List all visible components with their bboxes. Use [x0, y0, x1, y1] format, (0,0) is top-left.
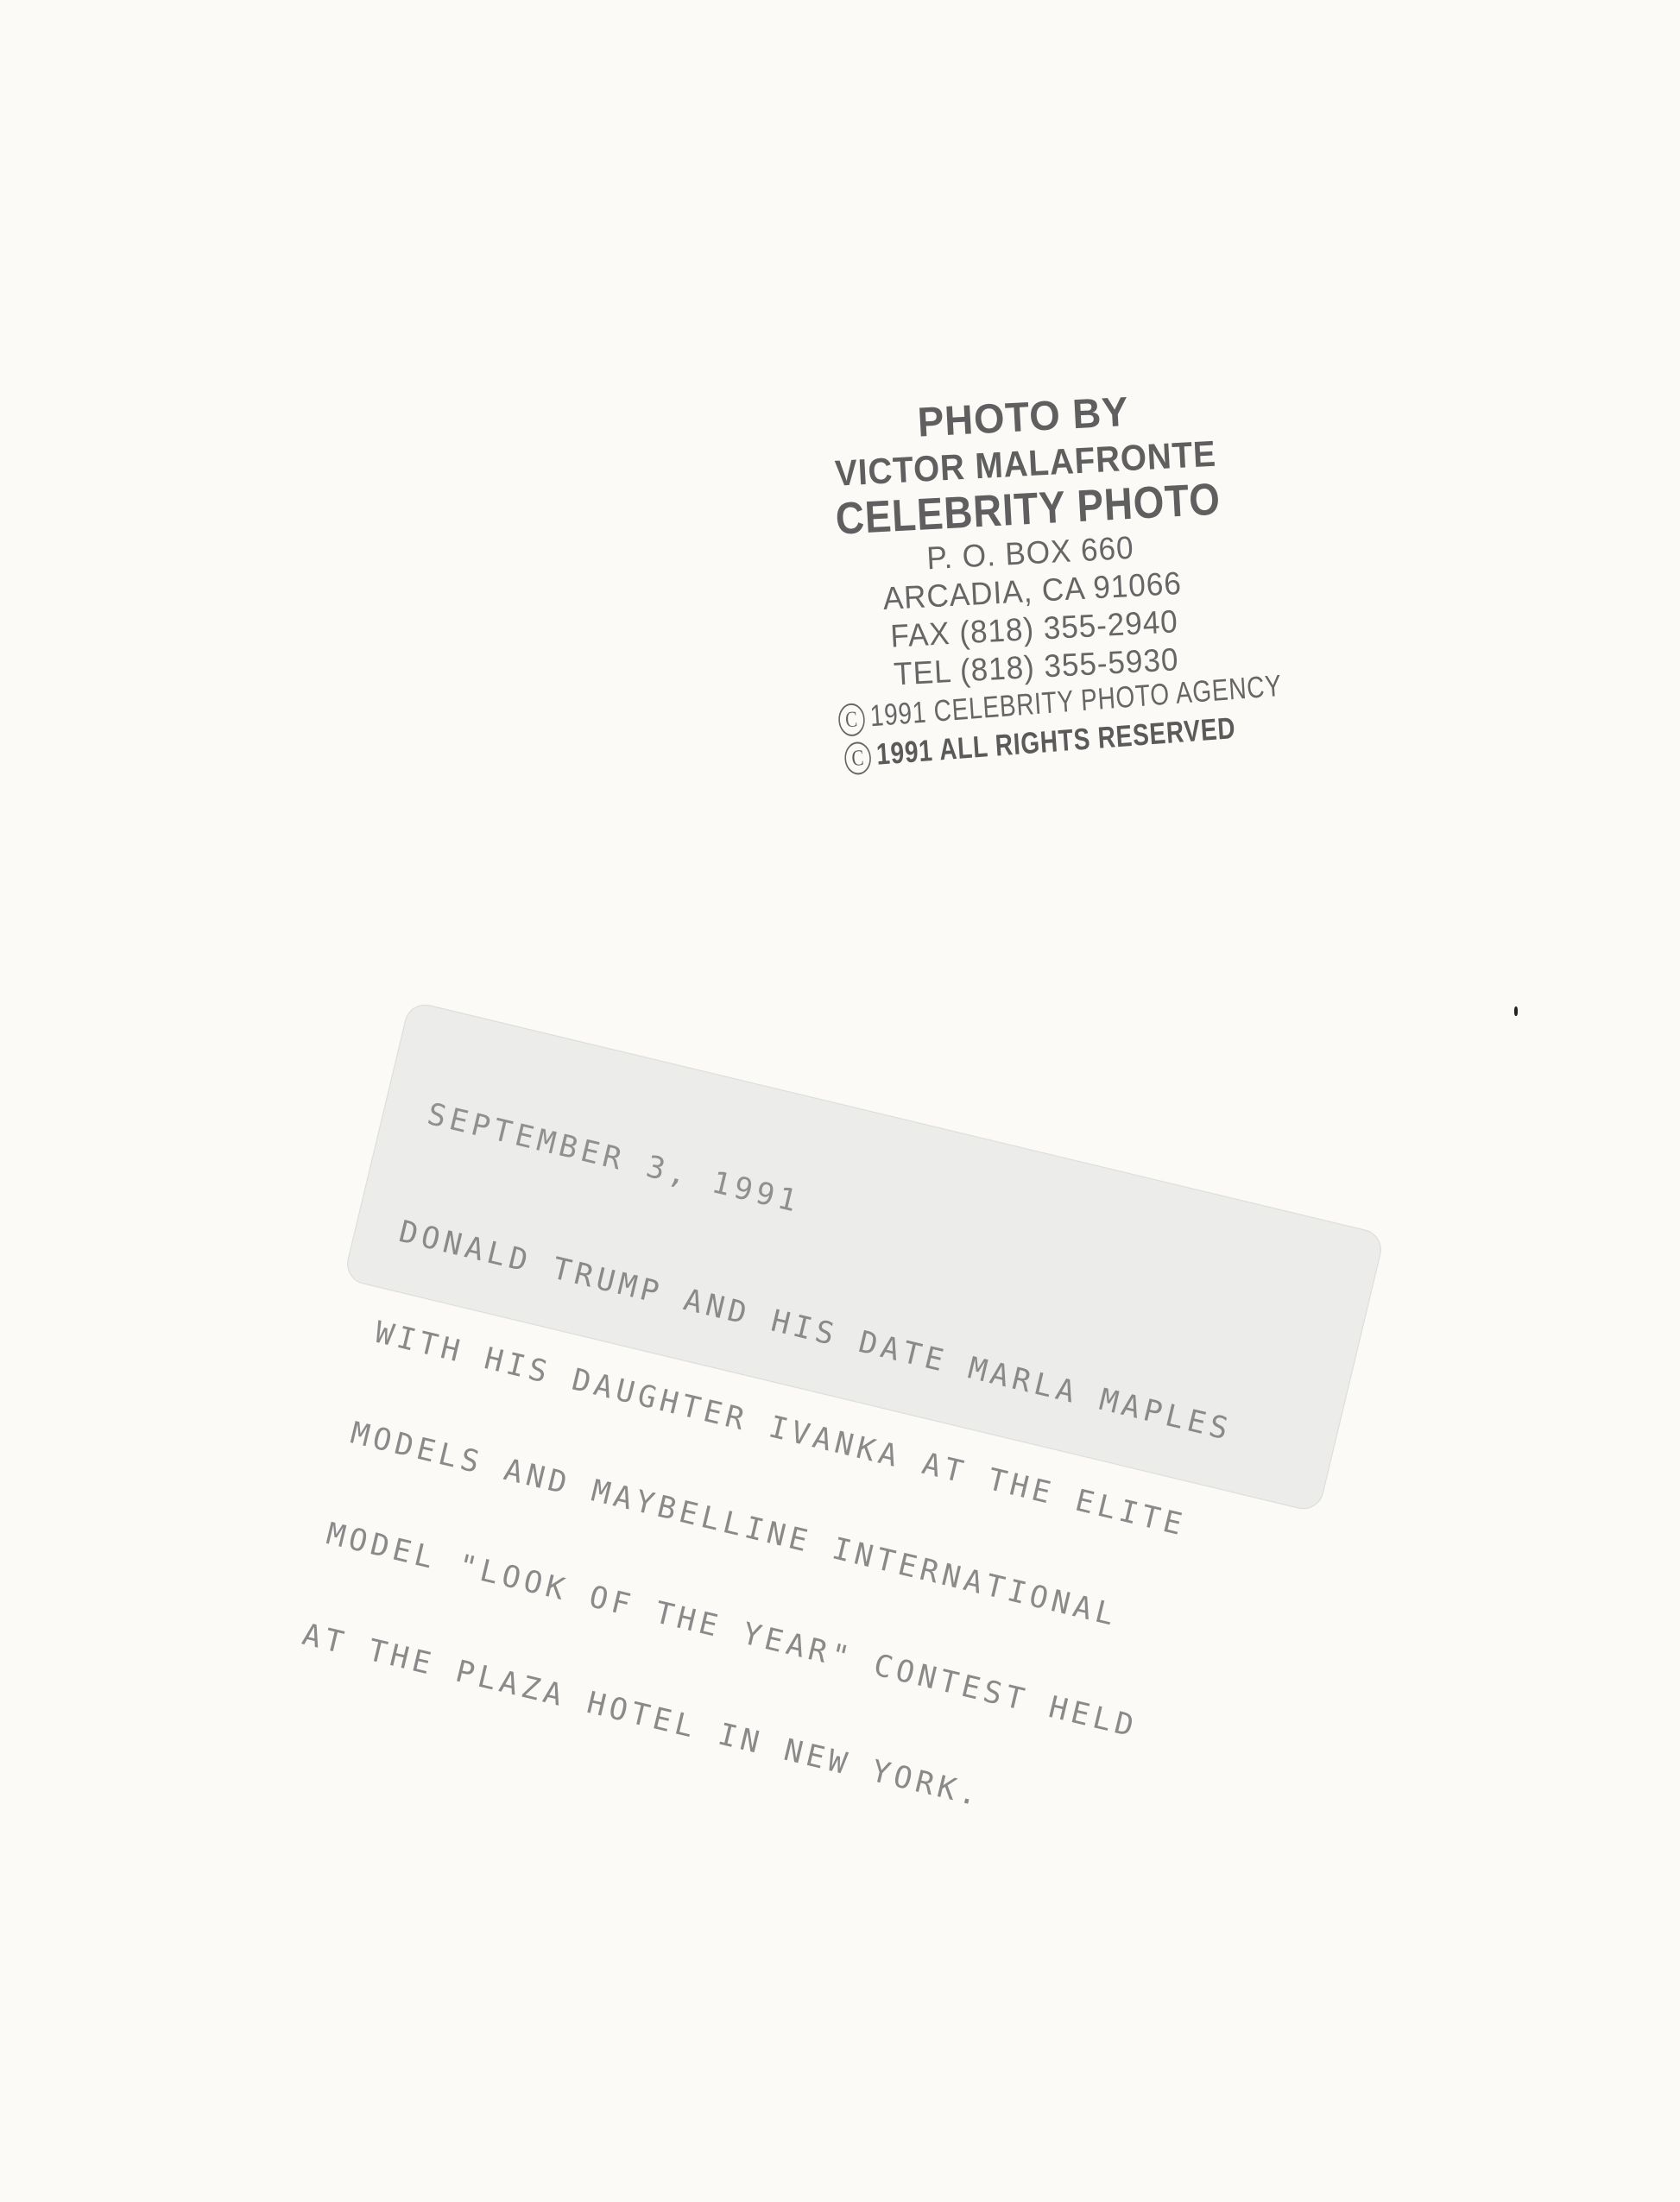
caption-text: SEPTEMBER 3, 1991 DONALD TRUMP AND HIS D… — [283, 1030, 1355, 1935]
copyright-icon: C — [837, 703, 866, 737]
caption-line: AT THE PLAZA HOTEL IN NEW YORK. — [299, 1618, 1213, 1869]
paper-speck — [1514, 1006, 1518, 1016]
photographer-stamp: PHOTO BY VICTOR MALAFRONTE CELEBRITY PHO… — [772, 384, 1291, 773]
caption-label: SEPTEMBER 3, 1991 DONALD TRUMP AND HIS D… — [343, 1000, 1385, 1513]
copyright-icon: C — [843, 741, 872, 775]
caption-date: SEPTEMBER 3, 1991 — [424, 1097, 1338, 1348]
